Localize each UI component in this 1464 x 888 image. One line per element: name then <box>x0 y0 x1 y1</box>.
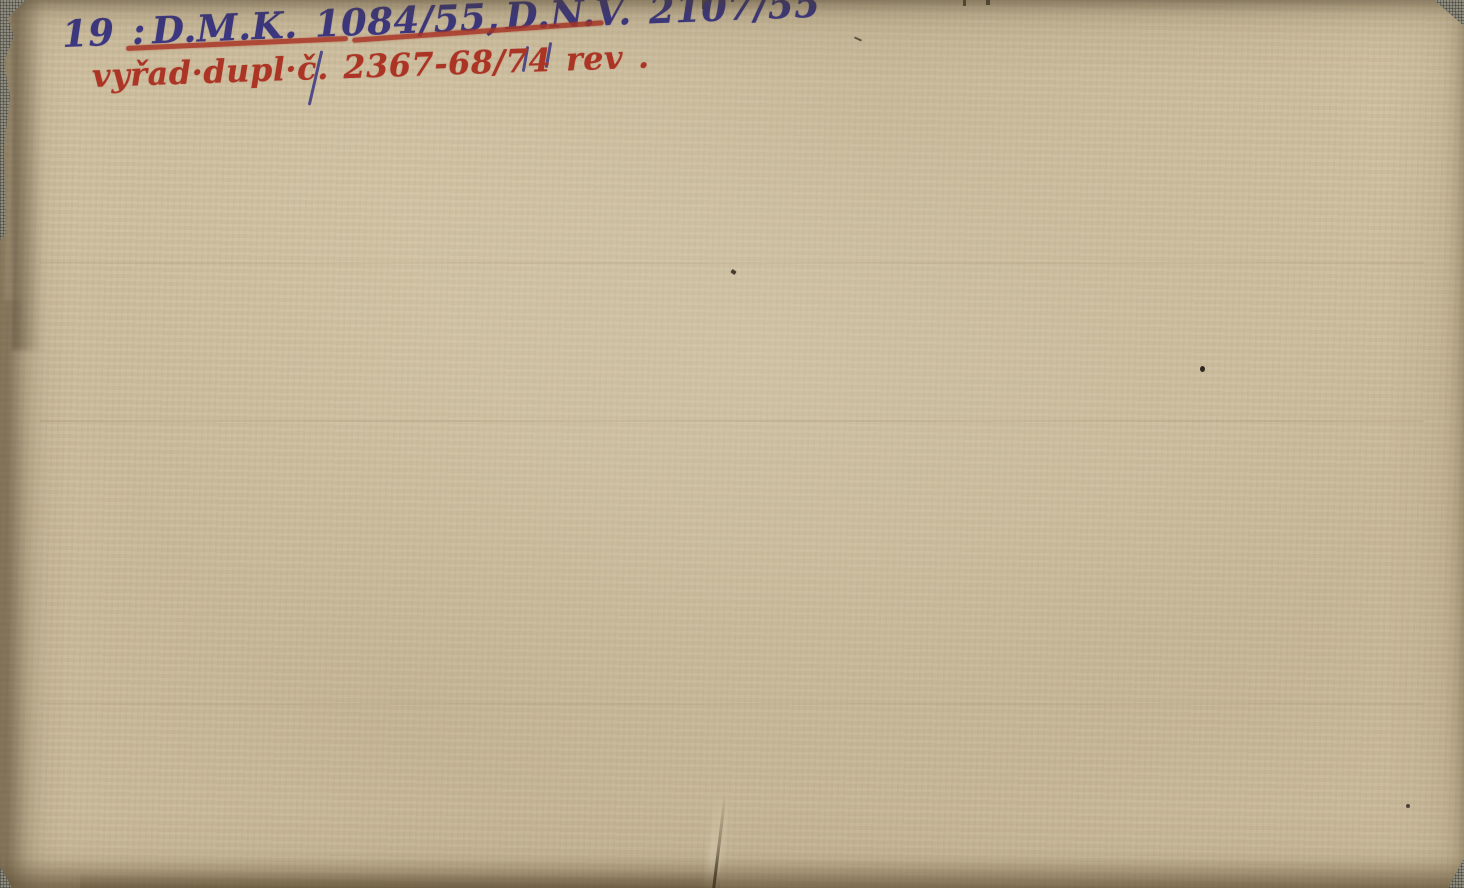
horizontal-crease <box>40 262 1424 264</box>
horizontal-crease <box>40 420 1424 422</box>
left-edge-shadow-lower <box>4 300 26 888</box>
scanned-paper-card: 19 :D.M.K. 1084/55,D.N.V. 2107/55 vyřad·… <box>0 0 1464 888</box>
reference-number-2: D.N.V. 2107/55 <box>505 0 821 38</box>
paper-speck <box>1406 804 1410 808</box>
paper-speck <box>1200 366 1205 372</box>
paper-speck <box>854 36 862 41</box>
bottom-edge-dark-band <box>80 872 720 888</box>
bottom-tear-highlight <box>704 790 730 888</box>
left-edge-fold-shadow <box>12 0 48 350</box>
top-edge-mark <box>963 0 966 6</box>
bottom-edge-shading <box>0 858 1464 888</box>
top-edge-mark <box>986 0 990 5</box>
horizontal-crease <box>40 703 1424 705</box>
paper-speck <box>730 269 736 275</box>
